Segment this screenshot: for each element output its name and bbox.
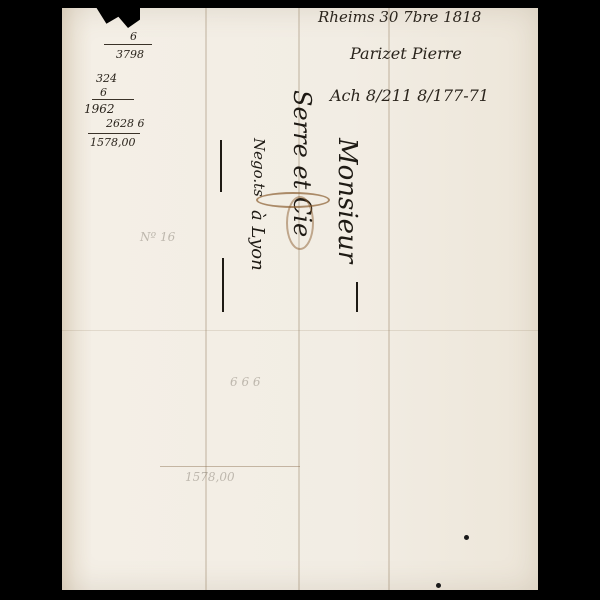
ink-stroke	[220, 140, 222, 192]
header-reference: Ach 8/211 8/177-71	[330, 86, 489, 105]
calc-line: 1578,00	[90, 136, 136, 149]
ink-stroke	[222, 258, 224, 312]
faint-note: 1578,00	[185, 470, 235, 484]
brown-ink-mark	[286, 196, 314, 250]
ink-spot	[464, 535, 469, 540]
address-recipient: Monsieur	[332, 138, 362, 263]
calc-line: 324	[96, 72, 117, 85]
address-city: à Lyon	[247, 210, 268, 271]
calc-line: 6	[100, 86, 107, 99]
calc-rule	[104, 44, 152, 45]
ink-stroke	[356, 282, 358, 312]
calc-line: 1962	[84, 102, 115, 116]
calc-line: 6	[130, 30, 137, 43]
calc-line: 2628 6	[106, 117, 145, 130]
calc-rule	[92, 99, 134, 100]
address-occupation: Nego.ts	[250, 138, 268, 197]
ink-spot	[436, 583, 441, 588]
faint-rule	[160, 466, 300, 467]
calc-rule	[88, 133, 140, 134]
header-date: Rheims 30 7bre 1818	[318, 8, 481, 26]
faint-note: 6 6 6	[230, 375, 261, 389]
header-sender: Parizet Pierre	[350, 44, 462, 63]
fold-line	[62, 330, 538, 331]
calc-line: 3798	[116, 48, 144, 61]
faint-note: Nº 16	[140, 230, 175, 244]
fold-line	[205, 8, 207, 590]
